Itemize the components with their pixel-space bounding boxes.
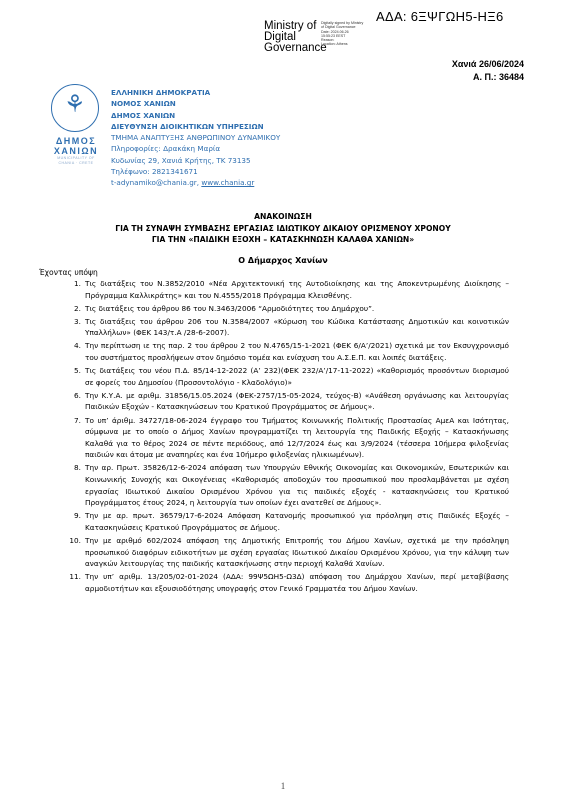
list-item-number: 7. <box>64 415 81 427</box>
list-item: 6.Την Κ.Υ.Α. με αριθμ. 31856/15.05.2024 … <box>85 390 509 413</box>
list-item: 8.Την αρ. Πρωτ. 35826/12-6-2024 απόφαση … <box>85 462 509 508</box>
logo-name-line: ΔΗΜΟΣ <box>48 136 104 146</box>
considerations-list: 1.Τις διατάξεις του Ν.3852/2010 «Νέα Αρχ… <box>85 278 509 596</box>
list-item: 10.Την με αριθμό 602/2024 απόφαση της Δη… <box>85 535 509 570</box>
org-email-web: t-adynamiko@chania.gr, www.chania.gr <box>111 177 280 188</box>
list-item-number: 6. <box>64 390 81 402</box>
list-item: 7.Το υπ’ άριθμ. 34727/18-06-2024 έγγραφο… <box>85 415 509 461</box>
list-item-text: Την με αρ. πρωτ. 36579/17-6-2024 Απόφαση… <box>85 511 509 532</box>
list-item-text: Τις διατάξεις του άρθρου 86 του Ν.3463/2… <box>85 304 374 313</box>
title-line: ΑΝΑΚΟΙΝΩΣΗ <box>0 211 566 223</box>
list-item-text: Τις διατάξεις του Ν.3852/2010 «Νέα Αρχιτ… <box>85 279 509 300</box>
list-item-number: 10. <box>64 535 81 547</box>
digital-signature: Digitally signed by Ministry of Digital … <box>321 21 363 47</box>
org-contact-person: Πληροφορίες: Δρακάκη Μαρία <box>111 143 280 154</box>
list-item: 2.Τις διατάξεις του άρθρου 86 του Ν.3463… <box>85 303 509 315</box>
org-website-link[interactable]: www.chania.gr <box>201 178 254 187</box>
org-directorate: ΔΙΕΥΘΥΝΣΗ ΔΙΟΙΚΗΤΙΚΩΝ ΥΠΗΡΕΣΙΩΝ <box>111 121 280 132</box>
org-prefecture: ΝΟΜΟΣ ΧΑΝΙΩΝ <box>111 98 280 109</box>
list-item: 5.Τις διατάξεις του νέου Π.Δ. 85/14-12-2… <box>85 365 509 388</box>
list-item-number: 5. <box>64 365 81 377</box>
org-country: ΕΛΛΗΝΙΚΗ ΔΗΜΟΚΡΑΤΙΑ <box>111 87 280 98</box>
org-municipality: ΔΗΜΟΣ ΧΑΝΙΩΝ <box>111 110 280 121</box>
list-item-text: Την αρ. Πρωτ. 35826/12-6-2024 απόφαση τω… <box>85 463 509 507</box>
list-item-number: 8. <box>64 462 81 474</box>
municipality-logo: ⚘ ΔΗΜΟΣ ΧΑΝΙΩΝ MUNICIPALITY OF CHANIA · … <box>48 84 104 166</box>
logo-subtitle: MUNICIPALITY OF CHANIA · CRETE <box>48 156 104 166</box>
list-item-number: 4. <box>64 340 81 352</box>
org-department: ΤΜΗΜΑ ΑΝΑΠΤΥΞΗΣ ΑΝΘΡΩΠΙΝΟΥ ΔΥΝΑΜΙΚΟΥ <box>111 132 280 143</box>
list-item: 3.Τις διατάξεις του άρθρου 206 του Ν.358… <box>85 316 509 339</box>
protocol-number: Α. Π.: 36484 <box>452 71 524 84</box>
list-item-number: 3. <box>64 316 81 328</box>
logo-name-line: ΧΑΝΙΩΝ <box>48 146 104 156</box>
ministry-label: Ministry of Digital Governance <box>264 21 327 54</box>
logo-sub-line: CHANIA · CRETE <box>48 161 104 166</box>
list-item: 1.Τις διατάξεις του Ν.3852/2010 «Νέα Αρχ… <box>85 278 509 301</box>
list-item-number: 11. <box>64 571 81 583</box>
having-regard-label: Έχοντας υπόψη <box>39 268 98 277</box>
list-item: 9.Την με αρ. πρωτ. 36579/17-6-2024 Απόφα… <box>85 510 509 533</box>
list-item-text: Την υπ’ αριθμ. 13/205/02-01-2024 (ΑΔΑ: 9… <box>85 572 509 593</box>
list-item-number: 2. <box>64 303 81 315</box>
logo-name: ΔΗΜΟΣ ΧΑΝΙΩΝ <box>48 136 104 156</box>
list-item-text: Την Κ.Υ.Α. με αριθμ. 31856/15.05.2024 (Φ… <box>85 391 509 412</box>
org-email[interactable]: t-adynamiko@chania.gr <box>111 178 197 187</box>
list-item: 4.Την περίπτωση ιε της παρ. 2 του άρθρου… <box>85 340 509 363</box>
signature-line: Location: Athens <box>321 42 363 46</box>
title-line: ΓΙΑ ΤΗΝ «ΠΑΙΔΙΚΗ ΕΞΟΧΗ – ΚΑΤΑΣΚΗΝΩΣΗ ΚΑΛ… <box>0 234 566 246</box>
list-item-number: 9. <box>64 510 81 522</box>
ada-code: ΑΔΑ: 6ΞΨΓΩΗ5-ΗΞ6 <box>376 9 503 24</box>
ministry-line: Governance <box>264 43 327 54</box>
list-item-text: Την περίπτωση ιε της παρ. 2 του άρθρου 2… <box>85 341 509 362</box>
seal-emblem-icon: ⚘ <box>51 84 99 132</box>
org-address: Κυδωνίας 29, Χανιά Κρήτης, ΤΚ 73135 <box>111 155 280 166</box>
list-item: 11.Την υπ’ αριθμ. 13/205/02-01-2024 (ΑΔΑ… <box>85 571 509 594</box>
date-protocol-block: Χανιά 26/06/2024 Α. Π.: 36484 <box>452 58 524 84</box>
list-item-text: Τις διατάξεις του άρθρου 206 του Ν.3584/… <box>85 317 509 338</box>
document-date: Χανιά 26/06/2024 <box>452 58 524 71</box>
title-line: ΓΙΑ ΤΗ ΣΥΝΑΨΗ ΣΥΜΒΑΣΗΣ ΕΡΓΑΣΙΑΣ ΙΔΙΩΤΙΚΟ… <box>0 223 566 235</box>
organization-header: ΕΛΛΗΝΙΚΗ ΔΗΜΟΚΡΑΤΙΑ ΝΟΜΟΣ ΧΑΝΙΩΝ ΔΗΜΟΣ Χ… <box>111 87 280 189</box>
org-phone: Τηλέφωνο: 2821341671 <box>111 166 280 177</box>
list-item-text: Το υπ’ άριθμ. 34727/18-06-2024 έγγραφο τ… <box>85 416 509 460</box>
mayor-heading: Ο Δήμαρχος Χανίων <box>0 256 566 265</box>
announcement-title: ΑΝΑΚΟΙΝΩΣΗ ΓΙΑ ΤΗ ΣΥΝΑΨΗ ΣΥΜΒΑΣΗΣ ΕΡΓΑΣΙ… <box>0 211 566 246</box>
list-item-number: 1. <box>64 278 81 290</box>
list-item-text: Τις διατάξεις του νέου Π.Δ. 85/14-12-202… <box>85 366 509 387</box>
page-number: 1 <box>0 781 566 791</box>
list-item-text: Την με αριθμό 602/2024 απόφαση της Δημοτ… <box>85 536 509 568</box>
